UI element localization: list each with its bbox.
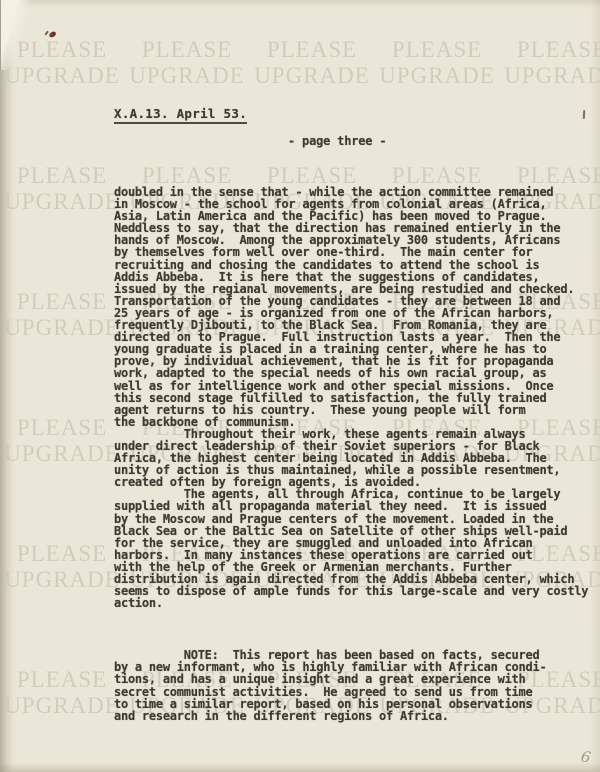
body-text: doubled in the sense that - while the ac… (114, 186, 588, 609)
watermark-text: UPGRADE (379, 63, 495, 89)
watermark-text: UPGRADE (504, 63, 600, 89)
watermark-text: PLEASE (17, 289, 107, 315)
watermark-text: PLEASE (142, 37, 232, 63)
watermark-text: UPGRADE (254, 63, 370, 89)
margin-tick-mark (583, 110, 585, 119)
watermark-text: UPGRADE (4, 315, 120, 341)
watermark-text: PLEASE (17, 667, 107, 693)
watermark-text: PLEASE (267, 37, 357, 63)
watermark-text: UPGRADE (4, 441, 120, 467)
watermark-text: PLEASE (17, 415, 107, 441)
page-number-label: - page three - (288, 134, 386, 148)
watermark-text: PLEASE (392, 37, 482, 63)
note-paragraph: NOTE: This report has been based on fact… (114, 649, 546, 722)
document-reference: X.A.13. April 53. (114, 106, 247, 124)
handwritten-pencil-mark: 6 (580, 747, 593, 766)
scanned-document-page: PLEASEUPGRADEPLEASEUPGRADEPLEASEUPGRADEP… (0, 0, 600, 772)
watermark-text: UPGRADE (4, 693, 120, 719)
watermark-text: PLEASE (517, 37, 600, 63)
watermark-text: PLEASE (17, 163, 107, 189)
watermark-text: UPGRADE (4, 567, 120, 593)
watermark-text: PLEASE (17, 541, 107, 567)
ink-speck (48, 31, 56, 38)
watermark-text: UPGRADE (4, 189, 120, 215)
page-corner-curl (0, 0, 31, 70)
watermark-text: UPGRADE (129, 63, 245, 89)
